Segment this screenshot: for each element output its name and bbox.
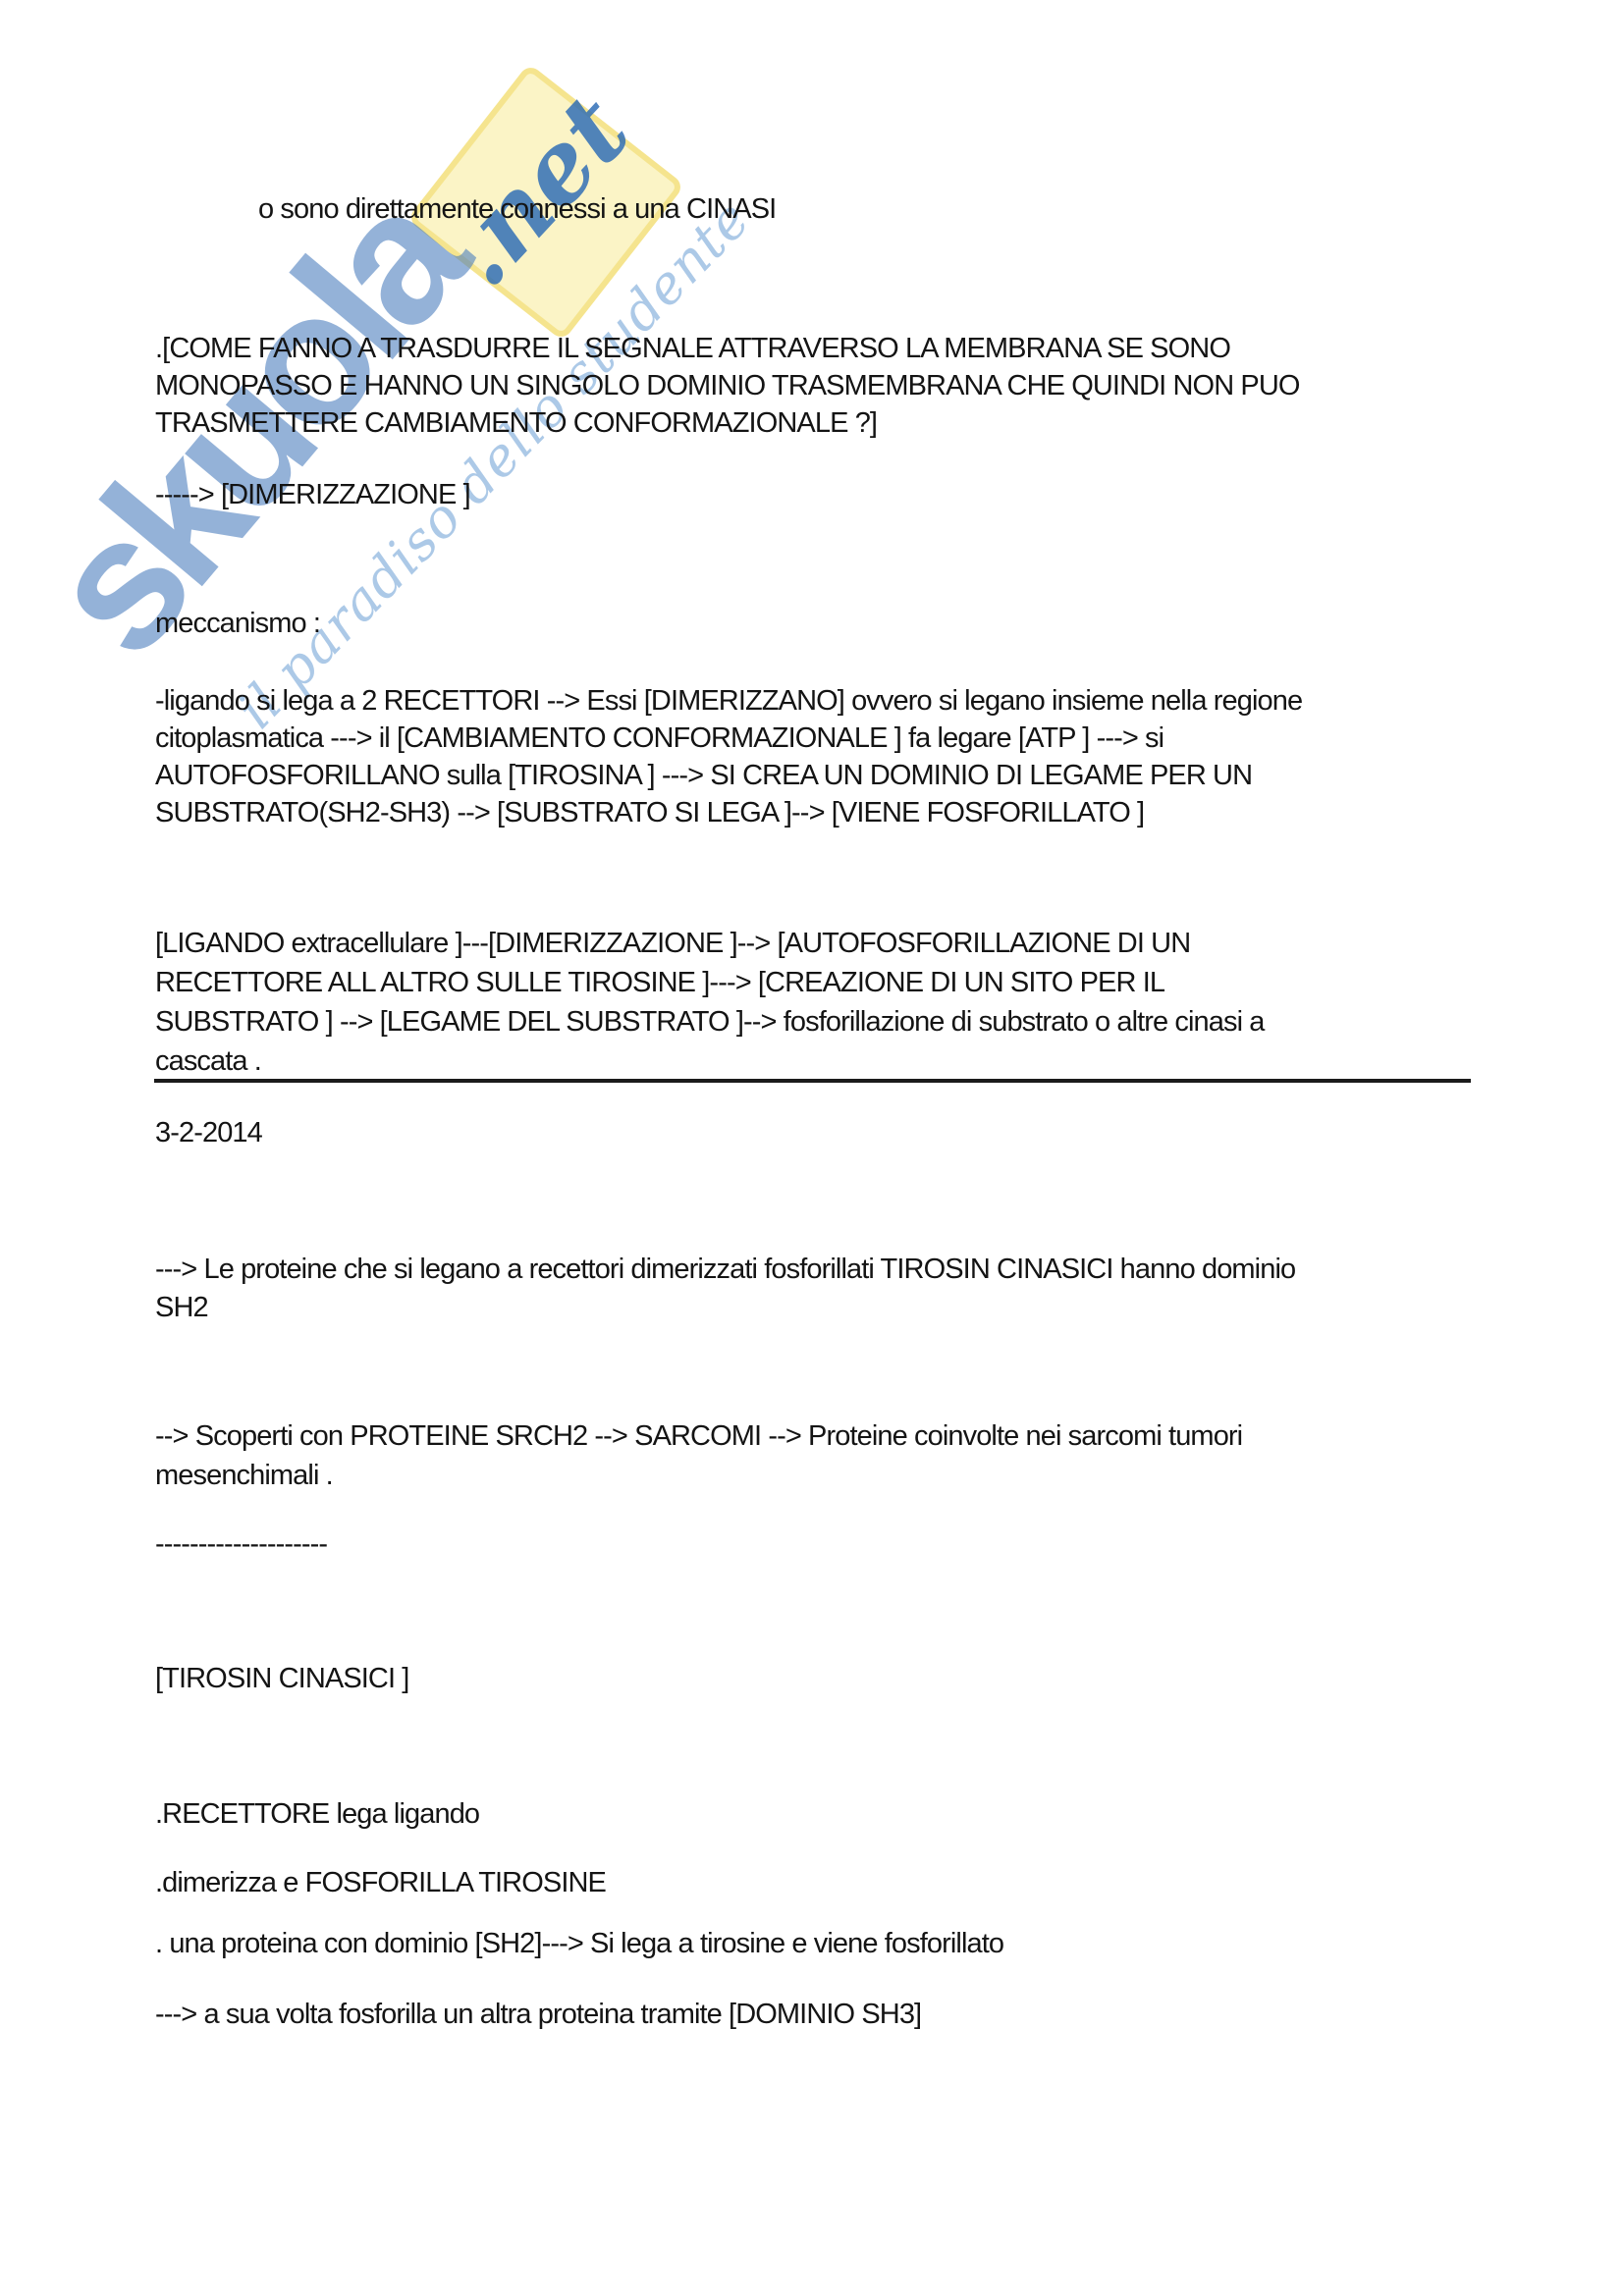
- bullet-dimerize-phosphorylate: .dimerizza e FOSFORILLA TIROSINE: [155, 1863, 606, 1902]
- dimerization-answer: -----> [DIMERIZZAZIONE ]: [155, 475, 470, 514]
- document-page: skuola .net il paradiso dello studente o…: [0, 0, 1623, 2296]
- bullet-sh2-domain: . una proteina con dominio [SH2]---> Si …: [155, 1924, 1003, 1963]
- document-content: o sono direttamente connessi a una CINAS…: [0, 0, 1623, 2296]
- intro-line: o sono direttamente connessi a una CINAS…: [258, 189, 776, 229]
- mechanism-paragraph: -ligando si lega a 2 RECETTORI --> Essi …: [155, 682, 1302, 831]
- bullet-sh3-domain: ---> a sua volta fosforilla un altra pro…: [155, 1995, 921, 2034]
- mechanism-label: meccanismo :: [155, 604, 320, 643]
- tyrosine-kinase-title: [TIROSIN CINASICI ]: [155, 1659, 408, 1698]
- dashed-separator: --------------------: [155, 1524, 327, 1564]
- sh2-proteins-paragraph: ---> Le proteine che si legano a recetto…: [155, 1251, 1295, 1327]
- bullet-receptor-ligand: .RECETTORE lega ligando: [155, 1794, 479, 1834]
- question-paragraph: .[COME FANNO A TRASDURRE IL SEGNALE ATTR…: [155, 330, 1300, 442]
- horizontal-rule: [154, 1079, 1471, 1083]
- discovery-paragraph: --> Scoperti con PROTEINE SRCH2 --> SARC…: [155, 1416, 1242, 1495]
- date-line: 3-2-2014: [155, 1113, 262, 1152]
- signal-flow-paragraph: [LIGANDO extracellulare ]---[DIMERIZZAZI…: [155, 924, 1265, 1081]
